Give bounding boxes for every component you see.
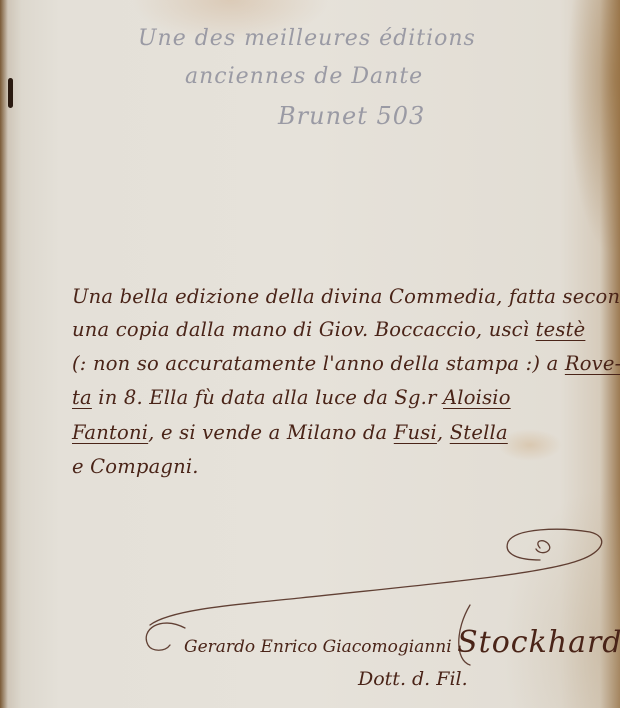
manuscript-page: Une des meilleures éditions anciennes de… xyxy=(0,0,620,708)
underlined-word: ta xyxy=(72,386,92,409)
ink-text-line-4: ta in 8. Ella fù data alla luce da Sg.r … xyxy=(72,386,511,409)
ink-text-line-6: e Compagni. xyxy=(72,455,199,478)
pencil-note-line-2: anciennes de Dante xyxy=(185,64,423,89)
underlined-word: Stella xyxy=(450,421,508,444)
pencil-note-reference: Brunet 503 xyxy=(278,102,425,130)
ink-text-line-5: Fantoni, e si vende a Milano da Fusi, St… xyxy=(72,421,508,444)
ink-text-line-2: una copia dalla mano di Giov. Boccaccio,… xyxy=(72,318,585,341)
text-segment: una copia dalla mano di Giov. Boccaccio,… xyxy=(72,318,536,341)
text-segment: in 8. Ella fù data alla luce da Sg.r xyxy=(92,386,443,409)
text-segment: , xyxy=(437,421,450,444)
signature: Gerardo Enrico Giacomogianni Stockhardt. xyxy=(184,625,620,660)
signature-title: Dott. d. Fil. xyxy=(358,668,468,690)
underlined-word: Rove- xyxy=(565,352,620,375)
ink-text-line-3: (: non so accuratamente l'anno della sta… xyxy=(72,352,620,375)
ink-text-line-1: Una bella edizione della divina Commedia… xyxy=(72,285,620,308)
text-segment: (: non so accuratamente l'anno della sta… xyxy=(72,352,565,375)
underlined-word: Fantoni xyxy=(72,421,148,444)
pencil-note-line-1: Une des meilleures éditions xyxy=(138,26,476,51)
binding-stain xyxy=(8,78,13,108)
signature-given-names: Gerardo Enrico Giacomogianni xyxy=(184,637,457,657)
underlined-word: Fusi xyxy=(394,421,437,444)
signature-surname: Stockhardt. xyxy=(457,625,620,660)
underlined-word: testè xyxy=(536,318,586,341)
underlined-word: Aloisio xyxy=(443,386,511,409)
text-segment: , e si vende a Milano da xyxy=(148,421,394,444)
